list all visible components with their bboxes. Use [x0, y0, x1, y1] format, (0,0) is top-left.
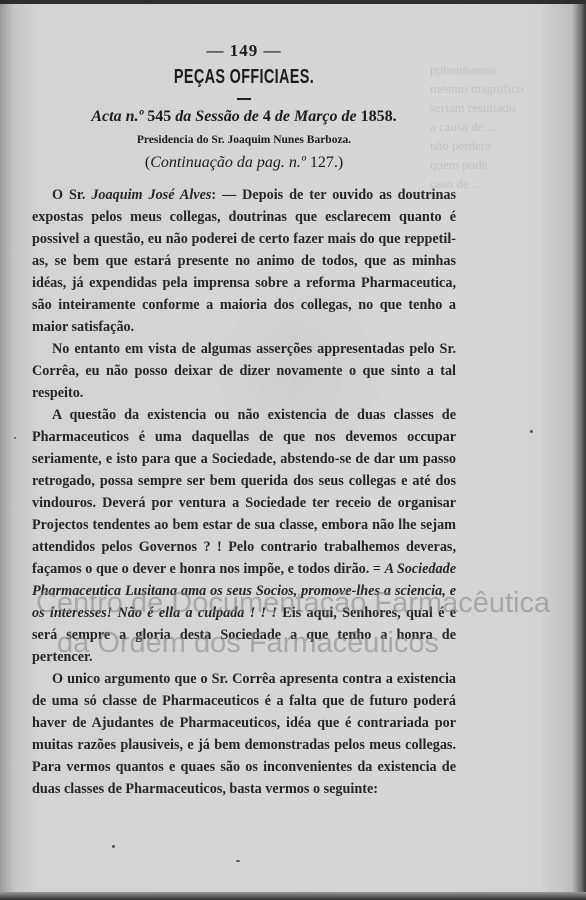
paragraph-4: O unico argumento que o Sr. Corrêa apres…: [32, 668, 456, 800]
scanned-page: pphonhamos mesmo magnifico seriam result…: [0, 0, 586, 900]
acta-heading: Acta n.º 545 da Sessão de 4 de Março de …: [32, 106, 456, 128]
paragraph-text: : — Depois de ter ouvido as doutrinas ex…: [32, 187, 456, 335]
paragraph-text: A questão da existencia ou não existenci…: [32, 407, 456, 577]
continuation-note: (Continuação da pag. n.º 127.): [32, 152, 456, 174]
paper-speck: [530, 430, 533, 433]
page-number: — 149 —: [32, 40, 456, 62]
continuation-page: 127.: [310, 154, 338, 171]
paper-speck: [112, 845, 115, 848]
title-rule: [237, 98, 251, 100]
acta-middle: da Sessão de: [175, 108, 259, 125]
bottom-scan-edge: [0, 892, 586, 900]
presidencia-line: Presidencia do Sr. Joaquim Nunes Barboza…: [32, 132, 456, 148]
section-title: PEÇAS OFFICIAES.: [91, 64, 396, 90]
paragraph-3: A questão da existencia ou não existenci…: [32, 404, 456, 668]
continuation-text: Continuação da pag. n.º: [150, 154, 306, 171]
paper-speck: [236, 860, 240, 862]
acta-number: 545: [147, 108, 171, 125]
acta-day: 4: [263, 108, 271, 125]
text-column: — 149 — PEÇAS OFFICIAES. Acta n.º 545 da…: [32, 40, 456, 800]
paper-speck: [14, 437, 16, 439]
paragraph-2: No entanto em vista de algumas asserções…: [32, 338, 456, 404]
acta-year: 1858.: [361, 108, 397, 125]
paragraph-1: O Sr. Joaquim José Alves: — Depois de te…: [32, 184, 456, 338]
acta-prefix: Acta n.º: [91, 108, 143, 125]
acta-month: de Março de: [275, 108, 357, 125]
top-scan-edge: [0, 0, 586, 4]
speaker-name: Joaquim José Alves: [91, 187, 211, 203]
speaker-prefix: O Sr.: [52, 187, 85, 203]
